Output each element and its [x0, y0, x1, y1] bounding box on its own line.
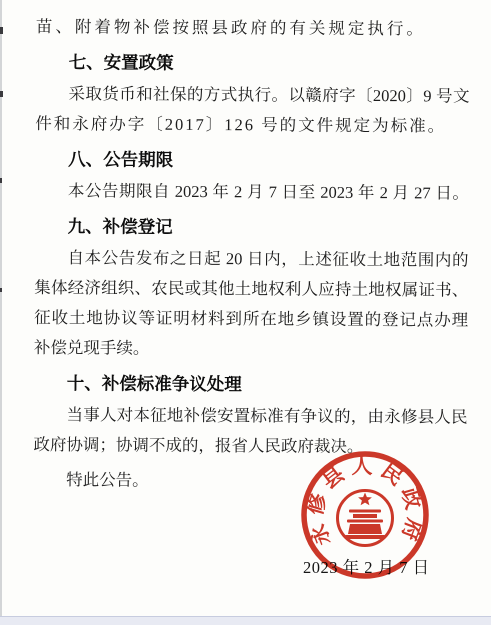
text-line: 集体经济组织、农民或其他土地权利人应持土地权属证书、: [34, 273, 468, 306]
text-line: 当事人对本征地补偿安置标准有争议的，由永修县人民: [33, 400, 467, 433]
text-line: 本公告期限自 2023 年 2 月 7 日至 2023 年 2 月 27 日。: [35, 176, 469, 209]
scan-artifact: [0, 91, 3, 97]
official-seal: 永修县人民政府: [290, 440, 440, 590]
scan-artifact: [0, 27, 3, 34]
scan-bottom-strip: [0, 616, 491, 625]
text-line: 补偿兑现手续。: [34, 333, 468, 366]
section-heading: 八、公告期限: [35, 144, 469, 177]
text-line: 采取货币和社保的方式执行。以赣府字〔2020〕9 号文: [35, 79, 469, 112]
text-line: 苗、附着物补偿按照县政府的有关规定执行。: [36, 12, 470, 45]
section-heading: 九、补偿登记: [35, 211, 469, 244]
text-line: 自本公告发布之日起 20 日内，上述征收土地范围内的: [34, 243, 468, 276]
section-heading: 七、安置政策: [36, 47, 470, 80]
national-emblem-icon: [338, 491, 393, 546]
announcement-body: 苗、附着物补偿按照县政府的有关规定执行。 七、安置政策 采取货币和社保的方式执行…: [33, 12, 470, 498]
section-heading: 十、补偿标准争议处理: [34, 368, 468, 401]
text-line: 件和永府办字〔2017〕126 号的文件规定为标准。: [35, 109, 469, 142]
scan-artifact: [0, 178, 2, 183]
text-line: 征收土地协议等证明材料到所在地乡镇设置的登记点办理: [34, 303, 468, 336]
scan-artifact: [0, 288, 2, 292]
